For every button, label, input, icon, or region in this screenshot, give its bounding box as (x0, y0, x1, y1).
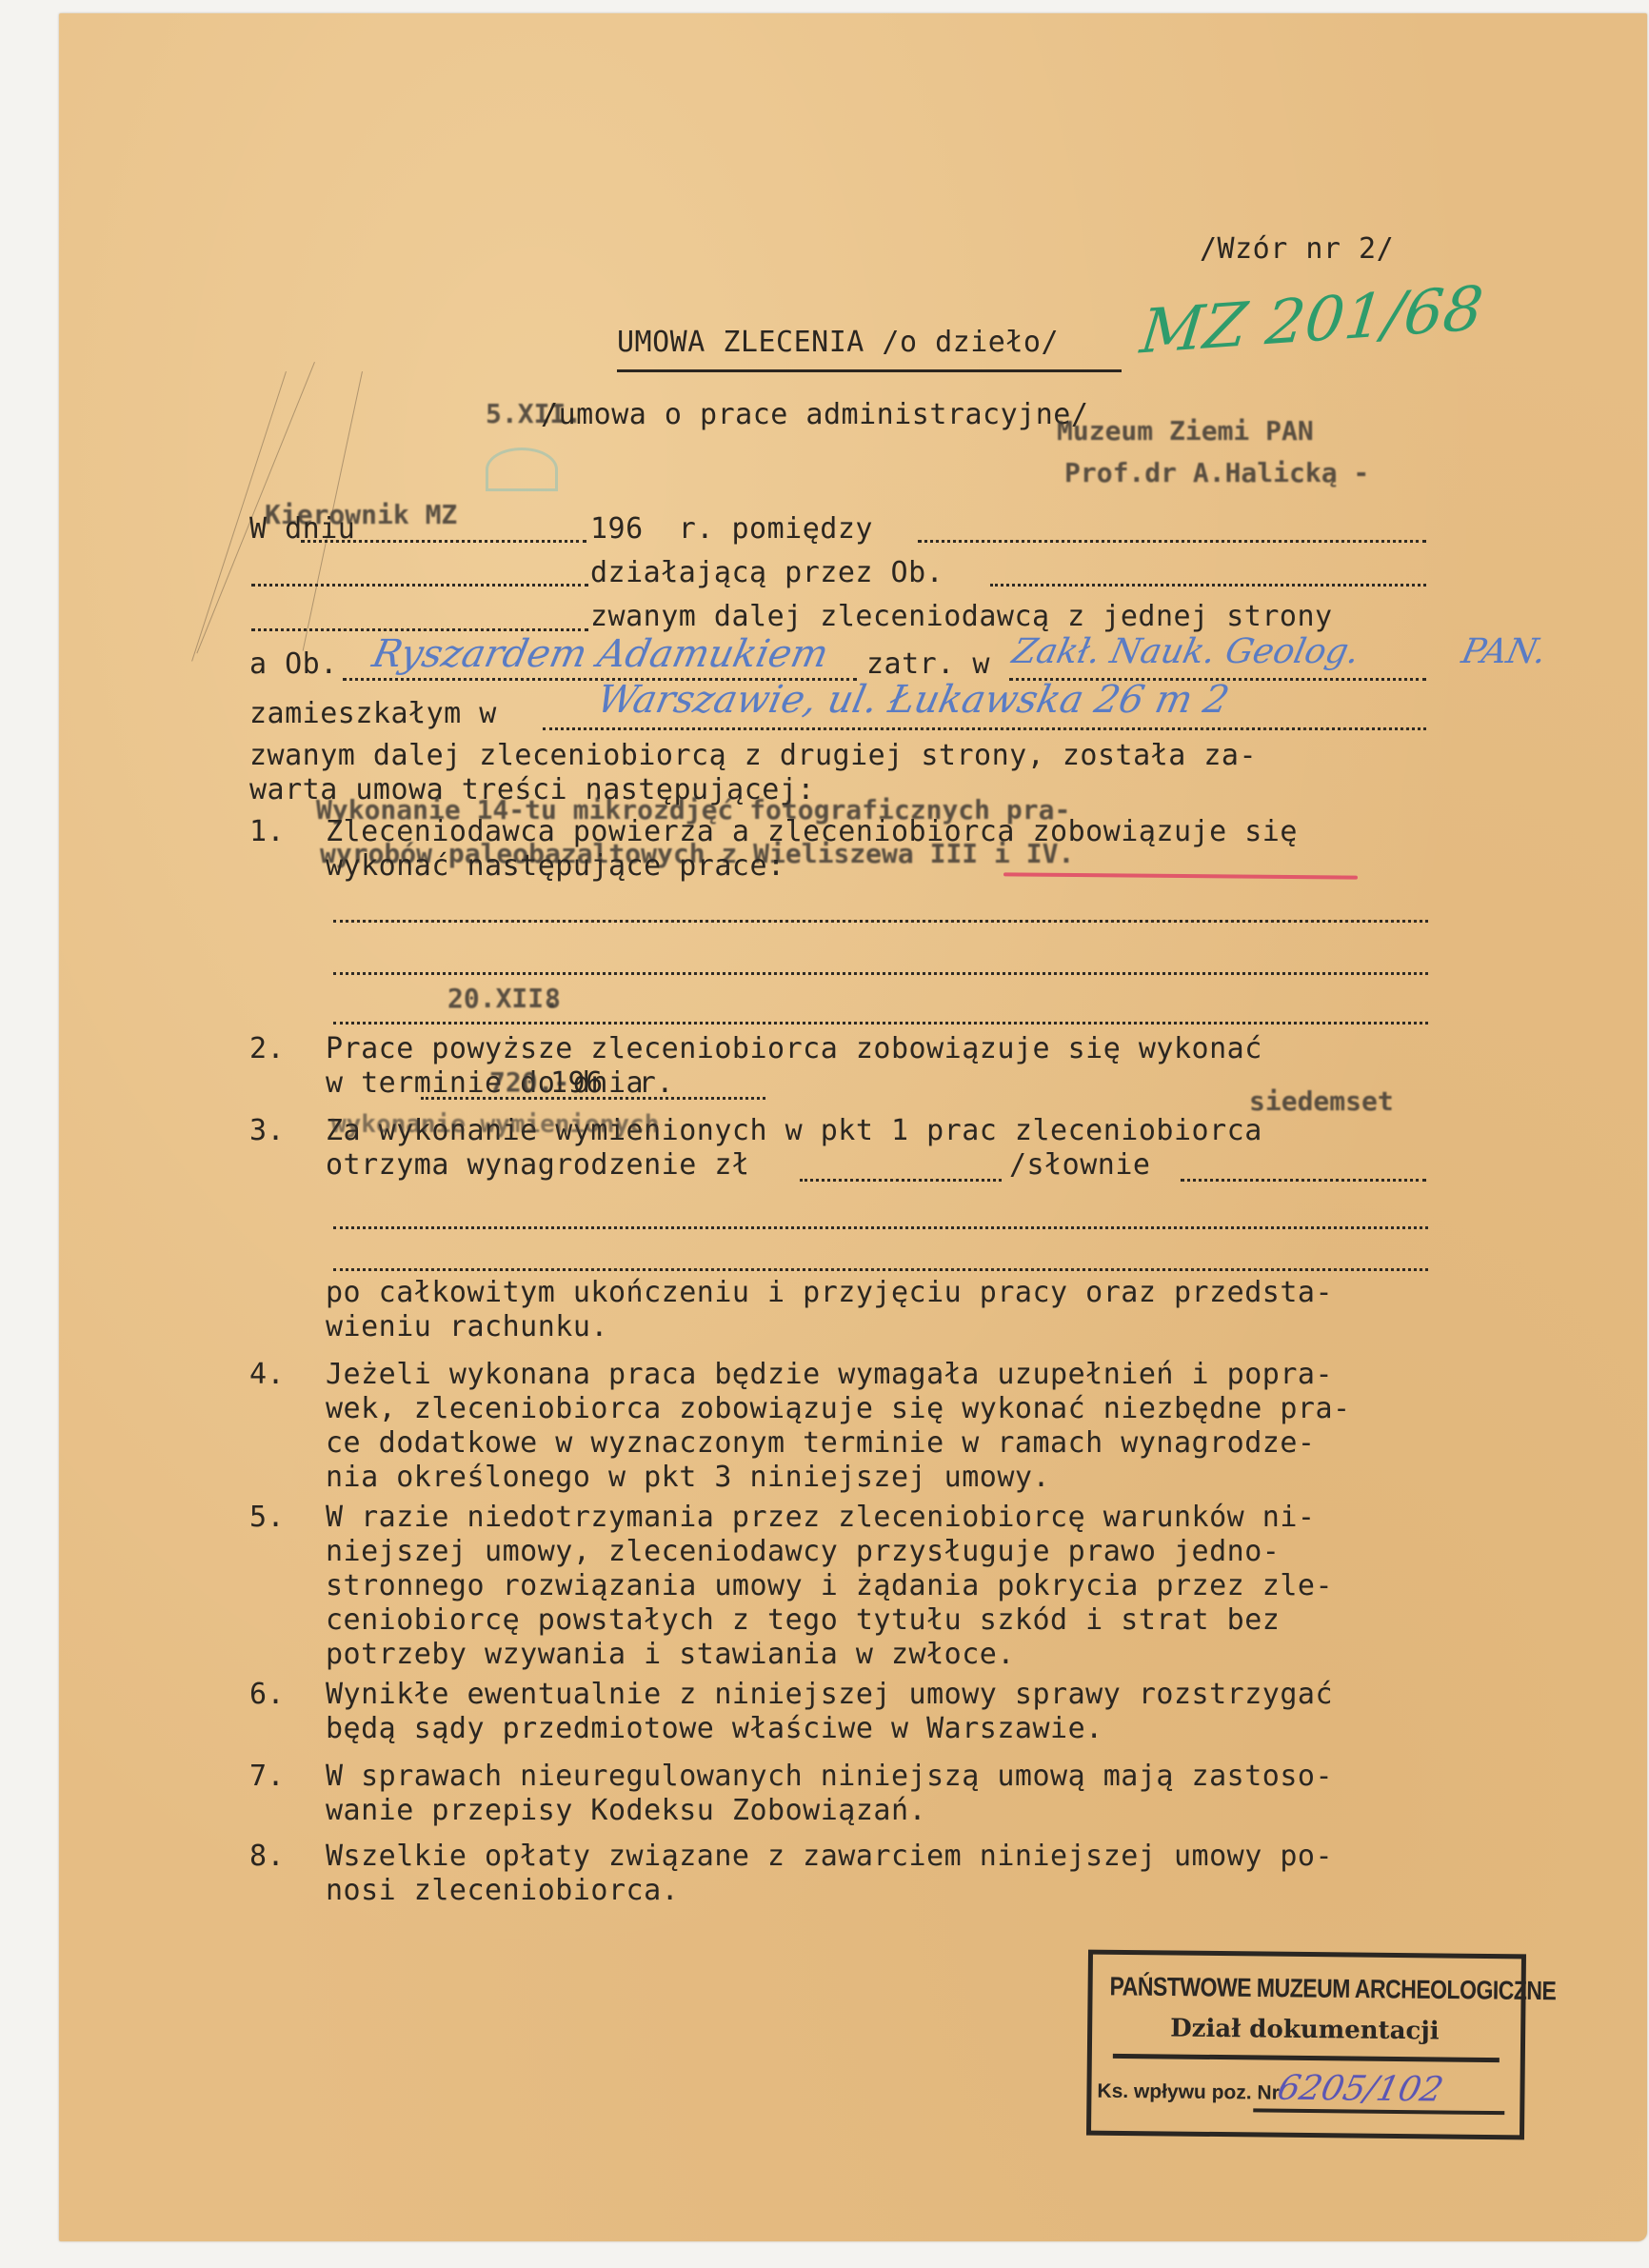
clause-2-line-1: Prace powyższe zleceniobiorca zobowiązuj… (326, 1032, 1262, 1066)
clause-2-line-3: 196 r. (550, 1066, 674, 1101)
stamp-entry-number-handwritten: 6205/102 (1274, 2069, 1447, 2110)
stamp-divider (1113, 2054, 1500, 2062)
archive-stamp: PAŃSTWOWE MUZEUM ARCHEOLOGICZNE Dział do… (1086, 1950, 1526, 2140)
form-label: /Wzór nr 2/ (1200, 232, 1394, 267)
contractee-name-handwritten: Ryszardem Adamukiem (368, 632, 832, 676)
address-handwritten: Warszawie, ul. Łukawska 26 m 2 (593, 678, 1233, 722)
parties-line-1-mid: 196 r. pomiędzy (590, 512, 873, 547)
clause-3-after-line-1: po całkowitym ukończeniu i przyjęciu pra… (326, 1276, 1333, 1310)
contractor-org-fill: Muzeum Ziemi PAN (1057, 415, 1314, 448)
amount-field[interactable] (800, 1179, 1002, 1182)
amount-words-fill: siedemset (1249, 1085, 1394, 1118)
parties-line-5-prefix: zamieszkałym w (249, 697, 497, 731)
title-underline (617, 369, 1122, 372)
clause-3-slownie: /słownie (1009, 1148, 1151, 1183)
stamp-department: Dział dokumentacji (1170, 2015, 1440, 2046)
parties-line-6: zwanym dalej zleceniobiorcą z drugiej st… (249, 739, 1257, 773)
document-subtitle: /umowa o prace administracyjne/ (541, 398, 1088, 432)
clause-5-line-2: niejszej umowy, zleceniodawcy przysługuj… (326, 1535, 1280, 1569)
clause-6-line-1: Wynikłe ewentualnie z niniejszej umowy s… (326, 1678, 1333, 1712)
clause-3-line-2: otrzyma wynagrodzenie zł (326, 1148, 749, 1183)
clause-1-work-field-2[interactable] (333, 972, 1428, 975)
clause-4-line-4: nia określonego w pkt 3 niniejszej umowy… (326, 1461, 1050, 1495)
faint-green-mark (486, 448, 558, 491)
document-title: UMOWA ZLECENIA /o dzieło/ (617, 326, 1059, 360)
clause-3-overtype: wykonanie wymienionych (331, 1108, 659, 1141)
clause-6-number: 6. (249, 1678, 285, 1712)
clause-4-line-1: Jeżeli wykonana praca będzie wymagała uz… (326, 1358, 1333, 1392)
clause-3-number: 3. (249, 1114, 285, 1148)
stamp-entry-line (1253, 2108, 1504, 2115)
clause-7-line-2: wanie przepisy Kodeksu Zobowiązań. (326, 1794, 926, 1828)
address-field[interactable] (543, 727, 1426, 730)
parties-line-4-prefix: a Ob. (249, 647, 338, 682)
clause-5-number: 5. (249, 1501, 285, 1535)
clause-7-number: 7. (249, 1760, 285, 1794)
stamp-institution: PAŃSTWOWE MUZEUM ARCHEOLOGICZNE (1109, 1971, 1556, 2006)
clause-5-line-4: ceniobiorcę powstałych z tego tytułu szk… (326, 1603, 1280, 1638)
clause-1-work-field-3[interactable] (333, 1022, 1428, 1025)
amount-words-field-2[interactable] (333, 1226, 1428, 1229)
clause-5-line-3: stronnego rozwiązania umowy i żądania po… (326, 1569, 1333, 1603)
clause-6-line-2: będą sądy przedmiotowe właściwe w Warsza… (326, 1712, 1103, 1746)
clause-2-deadline-year-fill: 8 (545, 983, 561, 1015)
clause-8-number: 8. (249, 1840, 285, 1874)
representative-field-2[interactable] (251, 628, 588, 631)
contractor-field[interactable] (918, 540, 1426, 543)
stamp-entry-label: Ks. wpływu poz. Nr (1097, 2080, 1280, 2105)
clause-1-line-2: wykonać następujące prace: (326, 849, 785, 884)
clause-3-after-line-2: wieniu rachunku. (326, 1310, 608, 1344)
clause-5-line-5: potrzeby wzywania i stawiania w zwłoce. (326, 1638, 1015, 1672)
employer-suffix-handwritten: PAN. (1459, 632, 1550, 671)
clause-8-line-1: Wszelkie opłaty związane z zawarciem nin… (326, 1840, 1333, 1874)
representative-field[interactable] (990, 584, 1426, 587)
clause-4-number: 4. (249, 1358, 285, 1392)
clause-2-deadline-day-fill: 20.XII. (447, 983, 560, 1015)
parties-line-4-mid: zatr. w (866, 647, 990, 682)
date-field[interactable] (301, 540, 586, 543)
clause-5-line-1: W razie niedotrzymania przez zleceniobio… (326, 1501, 1315, 1535)
clause-7-line-1: W sprawach nieuregulowanych niniejszą um… (326, 1760, 1333, 1794)
representative-fill: Prof.dr A.Halicką - (1064, 457, 1369, 489)
parties-line-2: działającą przez Ob. (590, 556, 944, 590)
contractor-field-2[interactable] (251, 584, 588, 587)
employer-handwritten: Zakł. Nauk. Geolog. (1009, 632, 1363, 671)
parties-line-3: zwanym dalej zleceniodawcą z jednej stro… (590, 600, 1333, 634)
amount-words-field-3[interactable] (333, 1268, 1428, 1271)
clause-4-line-3: ce dodatkowe w wyznaczonym terminie w ra… (326, 1426, 1315, 1461)
clause-4-line-2: wek, zleceniobiorca zobowiązuje się wyko… (326, 1392, 1351, 1426)
clause-1-number: 1. (249, 815, 285, 849)
clause-2-number: 2. (249, 1032, 285, 1066)
clause-1-work-field-1[interactable] (333, 920, 1428, 923)
clause-8-line-2: nosi zleceniobiorca. (326, 1874, 679, 1908)
amount-words-field[interactable] (1181, 1179, 1426, 1182)
